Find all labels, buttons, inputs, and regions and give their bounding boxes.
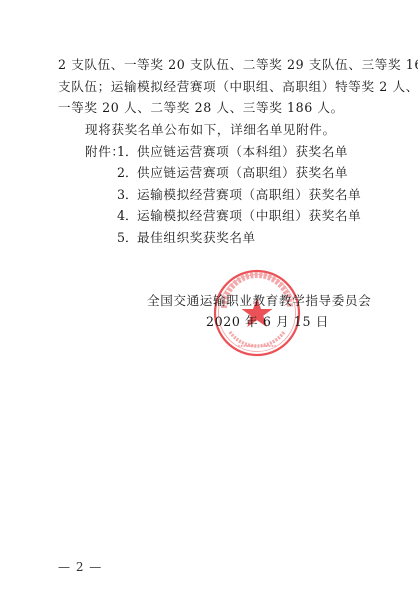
- announcement-text: 现将获奖名单公布如下，详细名单见附件。: [85, 122, 336, 138]
- attachment-number: 4．: [117, 208, 138, 224]
- signature-organization: 全国交通运输职业教育教学指导委员会: [147, 293, 371, 309]
- attachment-title: 供应链运营赛项（本科组）获奖名单: [137, 144, 348, 160]
- attachment-title: 最佳组织奖获奖名单: [137, 230, 256, 246]
- attachment-number: 5．: [117, 230, 138, 246]
- attachment-title: 运输模拟经营赛项（中职组）获奖名单: [137, 208, 361, 224]
- attachment-title: 供应链运营赛项（高职组）获奖名单: [137, 165, 348, 181]
- official-seal-icon: [212, 268, 302, 358]
- attachment-number: 1．: [117, 144, 138, 160]
- signature-date: 2020 年 6 月 15 日: [206, 314, 329, 330]
- attachment-number: 2．: [117, 165, 138, 181]
- body-text-line-2: 支队伍；运输模拟经营赛项（中职组、高职组）特等奖 2 人、: [58, 79, 363, 95]
- document-page: 2 支队伍、一等奖 20 支队伍、二等奖 29 支队伍、三等奖 162 支队伍；…: [0, 0, 418, 600]
- body-text-line-3: 一等奖 20 人、二等奖 28 人、三等奖 186 人。: [58, 100, 363, 116]
- body-text-line-1: 2 支队伍、一等奖 20 支队伍、二等奖 29 支队伍、三等奖 162: [58, 57, 363, 73]
- attachment-number: 3．: [117, 187, 138, 203]
- attachment-title: 运输模拟经营赛项（高职组）获奖名单: [137, 187, 361, 203]
- page-number: — 2 —: [58, 560, 102, 574]
